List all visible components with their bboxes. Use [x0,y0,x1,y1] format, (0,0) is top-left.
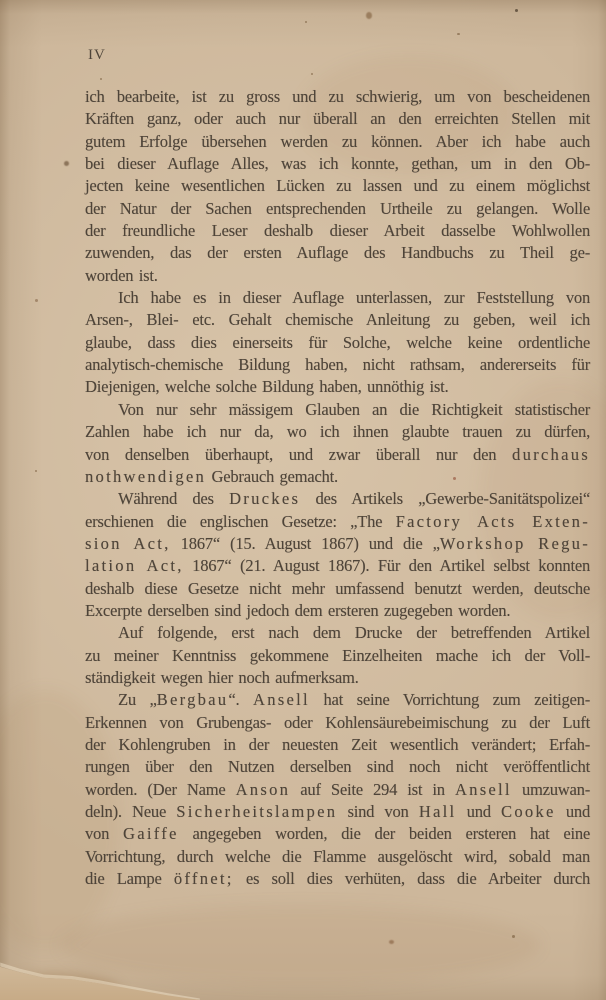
text-line: analytisch-chemische Bildung haben, nich… [85,354,590,376]
text-line: jecten keine wesentlichen Lücken zu lass… [85,175,590,197]
body-text: Arsen-, Blei- etc. Gehalt chemische Anle… [85,310,590,329]
body-text: Auf folgende, erst nach dem Drucke der b… [118,623,590,642]
body-text: hat seine Vorrichtung zum zeitigen- [310,690,590,709]
letterspaced-text: Workshop Regu- [440,534,590,553]
body-text: zuwenden, das der ersten Auflage des Han… [85,243,590,262]
text-line: ständigkeit wegen hier noch aufmerksam. [85,667,590,689]
letterspaced-text: nothwendigen [85,467,206,486]
text-line: deshalb diese Gesetze nicht mehr umfasse… [85,578,590,600]
body-text: worden. (Der Name [85,780,236,799]
text-line: gutem Erfolge übersehen werden zu können… [85,131,590,153]
body-text: Zahlen habe ich nur da, wo ich ihnen gla… [85,422,590,441]
text-line: Erkennen von Grubengas- oder Kohlensäure… [85,712,590,734]
letterspaced-text: Factory Acts Exten- [396,512,590,531]
body-text: umzuwan- [512,780,590,799]
page-number: IV [88,47,106,64]
body-text: Kräften ganz, oder auch nur überall an d… [85,109,590,128]
body-text: worden ist. [85,266,158,285]
body-text: angegeben worden, die der beiden erstere… [179,824,590,843]
body-text: der Natur der Sachen entsprechenden Urth… [85,199,590,218]
text-line: ich bearbeite, ist zu gross und zu schwi… [85,86,590,108]
paper-speck [305,21,307,23]
torn-corner [0,954,200,1000]
text-line: Zahlen habe ich nur da, wo ich ihnen gla… [85,421,590,443]
body-text: Ich habe es in dieser Auflage unterlasse… [118,288,590,307]
body-text: analytisch-chemische Bildung haben, nich… [85,355,590,374]
text-line: Arsen-, Blei- etc. Gehalt chemische Anle… [85,309,590,331]
text-line: lation Act, 1867“ (21. August 1867). Für… [85,555,590,577]
letterspaced-text: Gaiffe [123,824,179,843]
text-line: glaube, dass dies einerseits für Solche,… [85,332,590,354]
body-text: ständigkeit wegen hier noch aufmerksam. [85,668,359,687]
paper-speck [35,299,38,302]
body-text: glaube, dass dies einerseits für Solche,… [85,333,590,352]
paper-speck [64,161,69,166]
letterspaced-text: sion Act, [85,534,171,553]
text-line: rungen über den Nutzen derselben sind no… [85,756,590,778]
body-text: der Kohlengruben in der neuesten Zeit we… [85,735,590,754]
text-block: ich bearbeite, ist zu gross und zu schwi… [85,86,590,890]
body-text: gutem Erfolge übersehen werden zu können… [85,132,590,151]
text-line: der Kohlengruben in der neuesten Zeit we… [85,734,590,756]
body-text: sind von [337,802,419,821]
body-text: deln). Neue [85,802,176,821]
paper-speck [100,78,102,80]
body-text: jecten keine wesentlichen Lücken zu lass… [85,176,590,195]
letterspaced-text: öffnet; [174,869,234,888]
body-text: 1867“ (15. August 1867) und die „ [171,534,440,553]
body-text: von denselben überhaupt, und zwar überal… [85,445,512,464]
body-text: und [556,802,590,821]
text-line: Während des Druckes des Artikels „Gewerb… [85,488,590,510]
text-line: die Lampe öffnet; es soll dies verhüten,… [85,868,590,890]
body-text: zu meiner Kenntniss gekommene Einzelheit… [85,646,590,665]
paper-stain [60,905,540,985]
letterspaced-text: Ansell [455,780,512,799]
body-text: Diejenigen, welche solche Bildung haben,… [85,377,448,396]
paper-speck [366,12,372,19]
book-page: IV ich bearbeite, ist zu gross und zu sc… [0,0,606,1000]
text-line: nothwendigen Gebrauch gemacht. [85,466,590,488]
body-text: “. [228,690,253,709]
text-line: von denselben überhaupt, und zwar überal… [85,444,590,466]
text-line: Diejenigen, welche solche Bildung haben,… [85,376,590,398]
paper-speck [453,477,456,480]
body-text: und [456,802,501,821]
paper-speck [35,470,37,472]
text-line: worden. (Der Name Anson auf Seite 294 is… [85,779,590,801]
body-text: Zu „ [118,690,157,709]
body-text: des Artikels „Gewerbe-Sanitätspolizei“ [300,489,590,508]
text-line: der Natur der Sachen entsprechenden Urth… [85,198,590,220]
body-text: bei dieser Auflage Alles, was ich konnte… [85,154,590,173]
text-line: Auf folgende, erst nach dem Drucke der b… [85,622,590,644]
letterspaced-text: Ansell [253,690,310,709]
text-line: der freundliche Leser deshalb dieser Arb… [85,220,590,242]
letterspaced-text: durchaus [512,445,590,464]
body-text: 1867“ (21. August 1867). Für den Artikel… [184,556,590,575]
text-line: Excerpte derselben sind jedoch dem erste… [85,600,590,622]
body-text: es soll dies verhüten, dass die Arbeiter… [234,869,590,888]
text-line: Vorrichtung, durch welche die Flamme aus… [85,846,590,868]
text-line: deln). Neue Sicherheitslampen sind von H… [85,801,590,823]
paper-speck [457,33,460,35]
body-text: die Lampe [85,869,174,888]
body-text: von [85,824,123,843]
body-text: erschienen die englischen Gesetze: „The [85,512,396,531]
body-text: Vorrichtung, durch welche die Flamme aus… [85,847,590,866]
text-line: Von nur sehr mässigem Glauben an die Ric… [85,399,590,421]
letterspaced-text: Hall [419,802,457,821]
letterspaced-text: Druckes [229,489,300,508]
text-line: Zu „Bergbau“. Ansell hat seine Vorrichtu… [85,689,590,711]
text-line: zuwenden, das der ersten Auflage des Han… [85,242,590,264]
text-line: bei dieser Auflage Alles, was ich konnte… [85,153,590,175]
text-line: von Gaiffe angegeben worden, die der bei… [85,823,590,845]
letterspaced-text: Sicherheitslampen [176,802,337,821]
body-text: deshalb diese Gesetze nicht mehr umfasse… [85,579,590,598]
body-text: Während des [118,489,229,508]
text-line: Kräften ganz, oder auch nur überall an d… [85,108,590,130]
letterspaced-text: Bergbau [157,690,229,709]
text-line: Ich habe es in dieser Auflage unterlasse… [85,287,590,309]
body-text: auf Seite 294 ist in [290,780,455,799]
body-text: Excerpte derselben sind jedoch dem erste… [85,601,510,620]
body-text: Gebrauch gemacht. [206,467,338,486]
body-text: der freundliche Leser deshalb dieser Arb… [85,221,590,240]
text-line: sion Act, 1867“ (15. August 1867) und di… [85,533,590,555]
letterspaced-text: Cooke [501,802,556,821]
body-text: Von nur sehr mässigem Glauben an die Ric… [118,400,590,419]
letterspaced-text: lation Act, [85,556,184,575]
letterspaced-text: Anson [236,780,291,799]
text-line: worden ist. [85,265,590,287]
text-line: erschienen die englischen Gesetze: „The … [85,511,590,533]
paper-speck [512,935,515,938]
body-text: ich bearbeite, ist zu gross und zu schwi… [85,87,590,106]
paper-speck [515,9,518,12]
paper-speck [311,73,313,75]
body-text: rungen über den Nutzen derselben sind no… [85,757,590,776]
paper-speck [389,940,394,944]
body-text: Erkennen von Grubengas- oder Kohlensäure… [85,713,590,732]
text-line: zu meiner Kenntniss gekommene Einzelheit… [85,645,590,667]
